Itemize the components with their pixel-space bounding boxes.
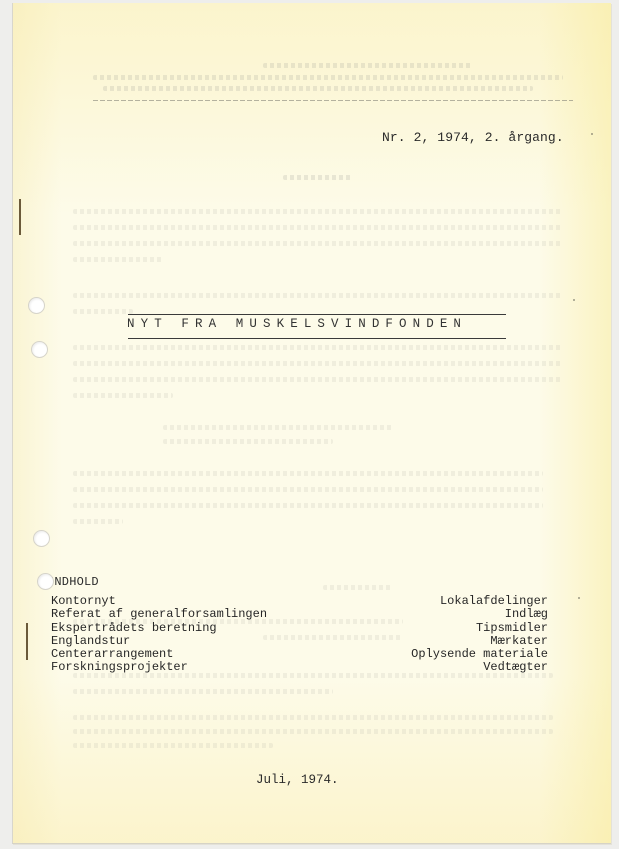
- contents-item: Tipsmidler: [411, 622, 548, 635]
- bleed-through-text-line: [73, 209, 563, 214]
- paper-speck: [573, 299, 575, 301]
- contents-item: Referat af generalforsamlingen: [51, 608, 267, 621]
- newsletter-title: NYT FRA MUSKELSVINDFONDEN: [127, 317, 467, 331]
- title-rule-top: [128, 314, 506, 315]
- bleed-through-heading: [283, 175, 353, 180]
- bleed-through-text-line: [73, 377, 563, 382]
- bleed-through-text-line: [73, 729, 553, 734]
- punch-hole: [28, 297, 45, 314]
- bleed-through-text-line: [73, 715, 553, 720]
- contents-item: Lokalafdelinger: [411, 595, 548, 608]
- bleed-through-text-line: [73, 503, 543, 508]
- paper-speck: [578, 597, 580, 599]
- contents-list-right: Lokalafdelinger Indlæg Tipsmidler Mærkat…: [411, 595, 548, 675]
- contents-item: Kontornyt: [51, 595, 267, 608]
- punch-hole: [31, 341, 48, 358]
- newsletter-page: Nr. 2, 1974, 2. årgang. NYT FRA MUSKELSV…: [12, 3, 611, 844]
- bleed-through-text-line: [163, 425, 393, 430]
- bleed-through-header-line: [93, 75, 563, 80]
- contents-heading: INDHOLD: [47, 575, 99, 589]
- scanned-page-background: Nr. 2, 1974, 2. årgang. NYT FRA MUSKELSV…: [0, 0, 619, 849]
- bleed-through-text-line: [73, 241, 563, 246]
- bleed-through-text-line: [163, 439, 333, 444]
- contents-item: Oplysende materiale: [411, 648, 548, 661]
- bleed-through-text-line: [73, 487, 543, 492]
- publication-date: Juli, 1974.: [256, 773, 339, 787]
- contents-list-left: Kontornyt Referat af generalforsamlingen…: [51, 595, 267, 675]
- contents-item: Forskningsprojekter: [51, 661, 267, 674]
- contents-item: Centerarrangement: [51, 648, 267, 661]
- margin-pencil-mark: [19, 199, 21, 235]
- bleed-through-text-line: [73, 309, 133, 314]
- contents-item: Mærkater: [411, 635, 548, 648]
- header-dashed-rule: [93, 100, 573, 101]
- bleed-through-text-line: [73, 345, 563, 350]
- bleed-through-text-line: [73, 361, 563, 366]
- bleed-through-text-line: [73, 743, 273, 748]
- bleed-through-header-line: [103, 86, 533, 91]
- bleed-through-text-line: [73, 293, 563, 298]
- bleed-through-heading: [323, 585, 393, 590]
- paper-speck: [591, 133, 593, 135]
- punch-hole: [33, 530, 50, 547]
- bleed-through-text-line: [73, 393, 173, 398]
- punch-hole: [37, 573, 54, 590]
- bleed-through-text-line: [73, 689, 333, 694]
- issue-number: Nr. 2, 1974, 2. årgang.: [382, 130, 564, 145]
- contents-item: Englandstur: [51, 635, 267, 648]
- bleed-through-text-line: [73, 225, 563, 230]
- bleed-through-header-line: [263, 63, 473, 68]
- contents-item: Indlæg: [411, 608, 548, 621]
- contents-item: Vedtægter: [411, 661, 548, 674]
- bleed-through-text-line: [73, 471, 543, 476]
- contents-item: Ekspertrådets beretning: [51, 622, 267, 635]
- bleed-through-text-line: [73, 519, 123, 524]
- bleed-through-text-line: [263, 635, 403, 640]
- title-rule-bottom: [128, 338, 506, 339]
- bleed-through-text-line: [73, 257, 163, 262]
- margin-pencil-mark: [26, 623, 28, 660]
